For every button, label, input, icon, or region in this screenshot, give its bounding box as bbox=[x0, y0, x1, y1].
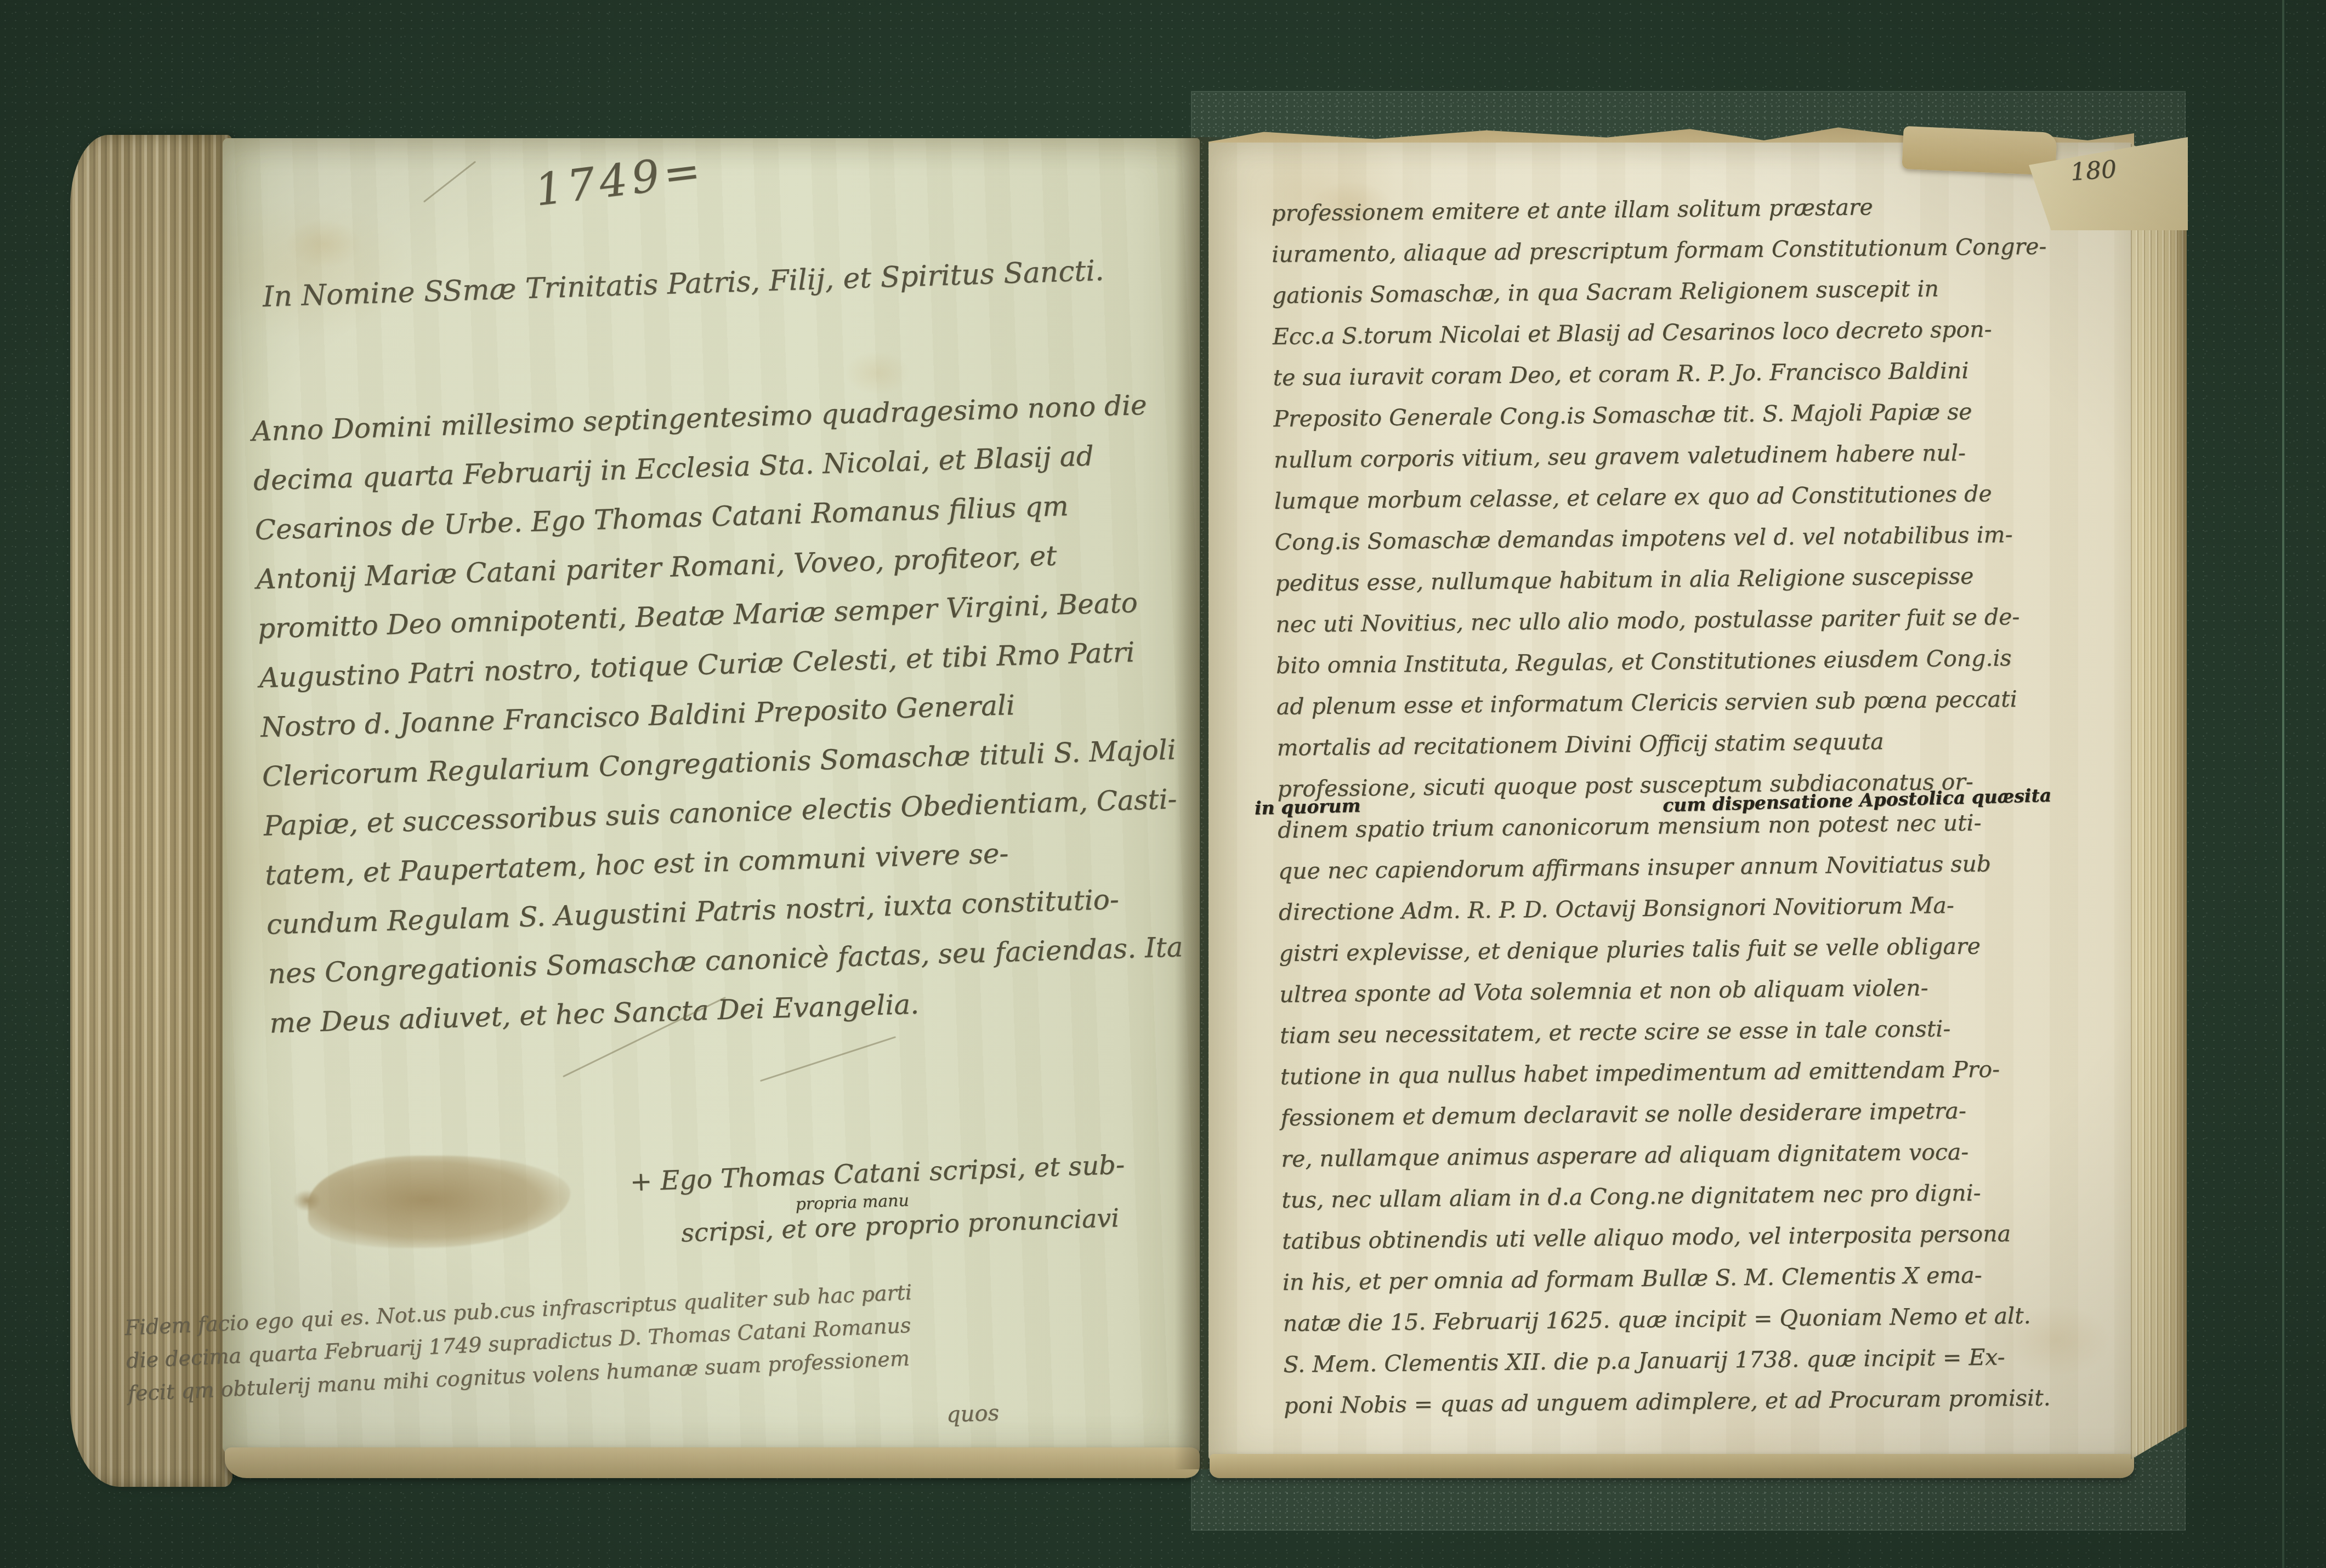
catchword: quos bbox=[946, 1400, 1000, 1427]
background-seam-line bbox=[2282, 0, 2284, 1568]
signature-block: + Ego Thomas Catani scripsi, et sub- pro… bbox=[629, 1150, 1127, 1249]
profession-vow-paragraph: Anno Domini millesimo septingentesimo qu… bbox=[251, 379, 1207, 1048]
right-page-bottom-edge bbox=[1210, 1454, 2134, 1478]
book-spine-page-edges bbox=[70, 135, 232, 1487]
fore-edge-page-stack bbox=[2131, 144, 2187, 1459]
left-page-bottom-edge bbox=[225, 1447, 1200, 1478]
page-number: 180 bbox=[2069, 155, 2117, 186]
marginal-insert-dark-ink: in quorum bbox=[1255, 794, 1361, 819]
